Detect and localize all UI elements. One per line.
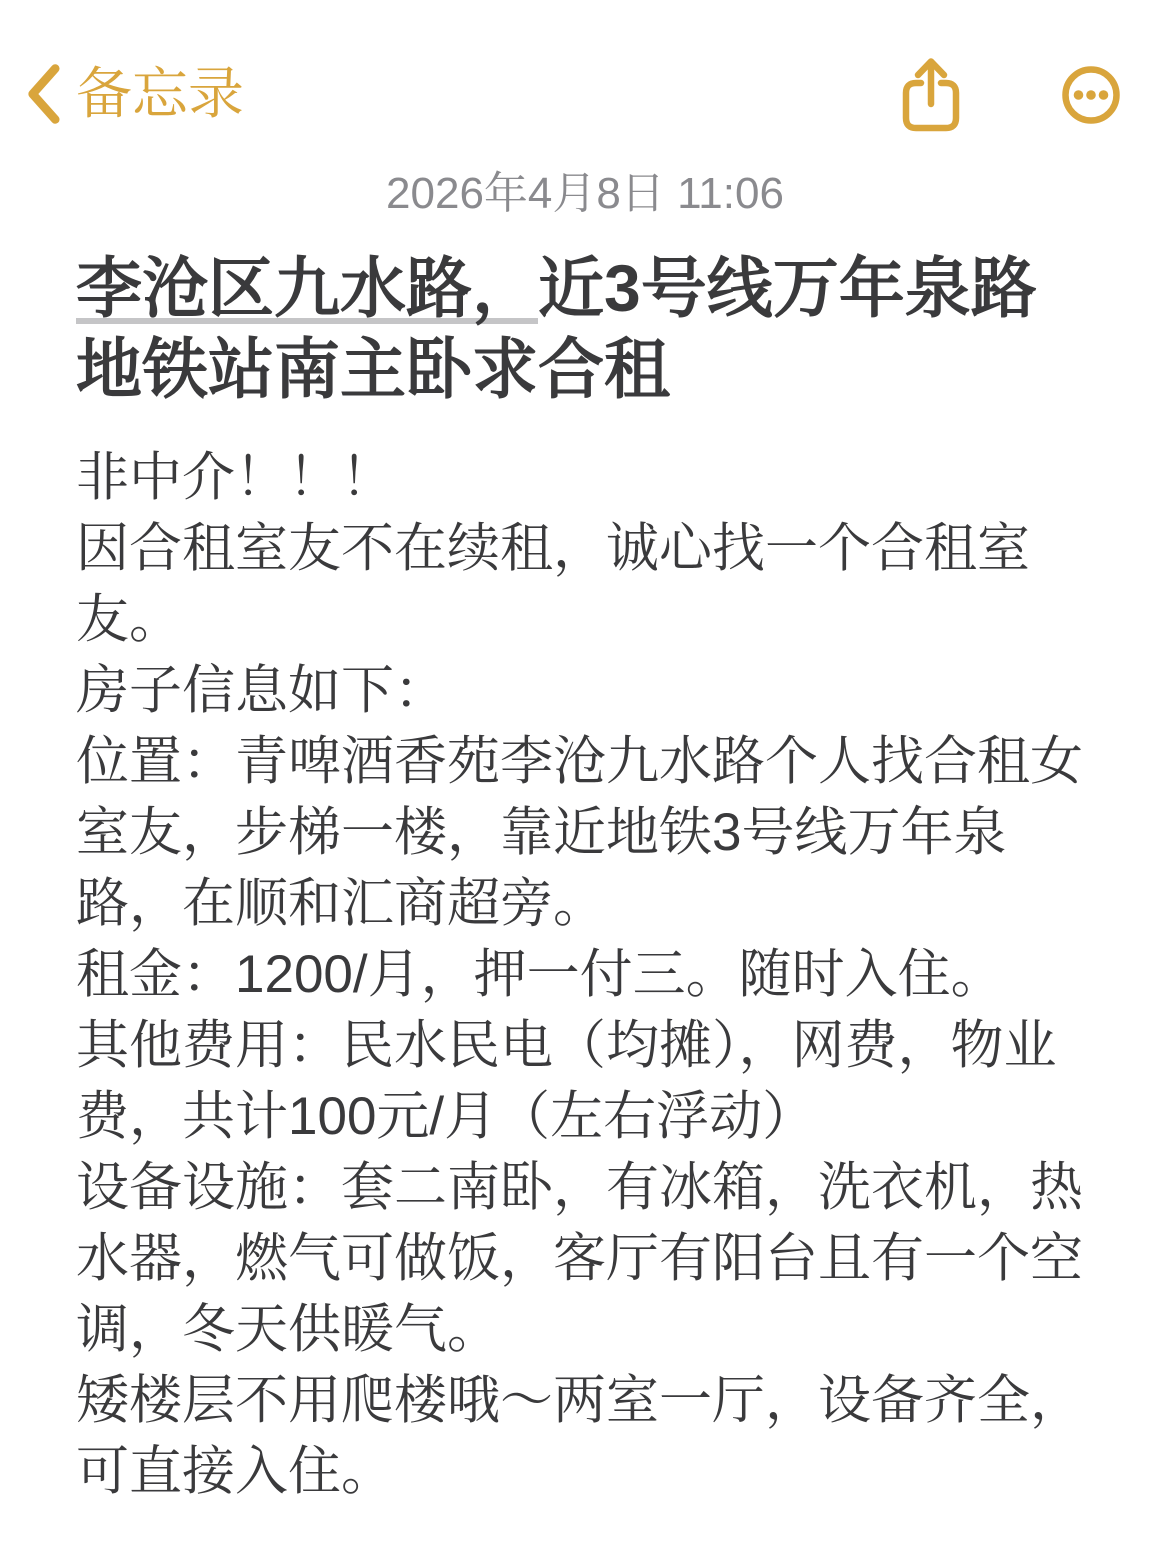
share-icon[interactable] — [900, 56, 962, 134]
note-paragraph[interactable]: 其他费用：民水民电（均摊），网费，物业费，共计100元/月（左右浮动） — [76, 1010, 1094, 1152]
note-paragraph[interactable]: 因合租室友不在续租，诚心找一个合租室友。 — [76, 513, 1094, 655]
note-paragraph[interactable]: 非中介！！！ — [76, 442, 1094, 513]
more-circle-icon[interactable] — [1062, 66, 1120, 124]
note-content[interactable]: 李沧区九水路，近3号线万年泉路地铁站南主卧求合租 非中介！！！因合租室友不在续租… — [0, 248, 1170, 1507]
back-label: 备忘录 — [76, 54, 244, 134]
back-button[interactable]: 备忘录 — [26, 54, 244, 134]
note-paragraph[interactable]: 房子信息如下： — [76, 655, 1094, 726]
title-underlined-address: 李沧区九水路， — [76, 251, 538, 325]
note-paragraph[interactable]: 矮楼层不用爬楼哦～两室一厅，设备齐全，可直接入住。 — [76, 1365, 1094, 1507]
note-body[interactable]: 非中介！！！因合租室友不在续租，诚心找一个合租室友。房子信息如下：位置：青啤酒香… — [76, 442, 1094, 1507]
note-date: 2026年4月8日 11:06 — [0, 168, 1170, 220]
note-paragraph[interactable]: 位置：青啤酒香苑李沧九水路个人找合租女室友，步梯一楼，靠近地铁3号线万年泉路，在… — [76, 726, 1094, 939]
note-paragraph[interactable]: 设备设施：套二南卧，有冰箱，洗衣机，热水器，燃气可做饭，客厅有阳台且有一个空调，… — [76, 1152, 1094, 1365]
back-chevron-icon — [26, 63, 60, 125]
note-title[interactable]: 李沧区九水路，近3号线万年泉路地铁站南主卧求合租 — [76, 248, 1094, 410]
nav-actions — [900, 54, 1120, 136]
navbar: 备忘录 — [0, 0, 1170, 140]
note-paragraph[interactable]: 租金：1200/月，押一付三。随时入住。 — [76, 939, 1094, 1010]
